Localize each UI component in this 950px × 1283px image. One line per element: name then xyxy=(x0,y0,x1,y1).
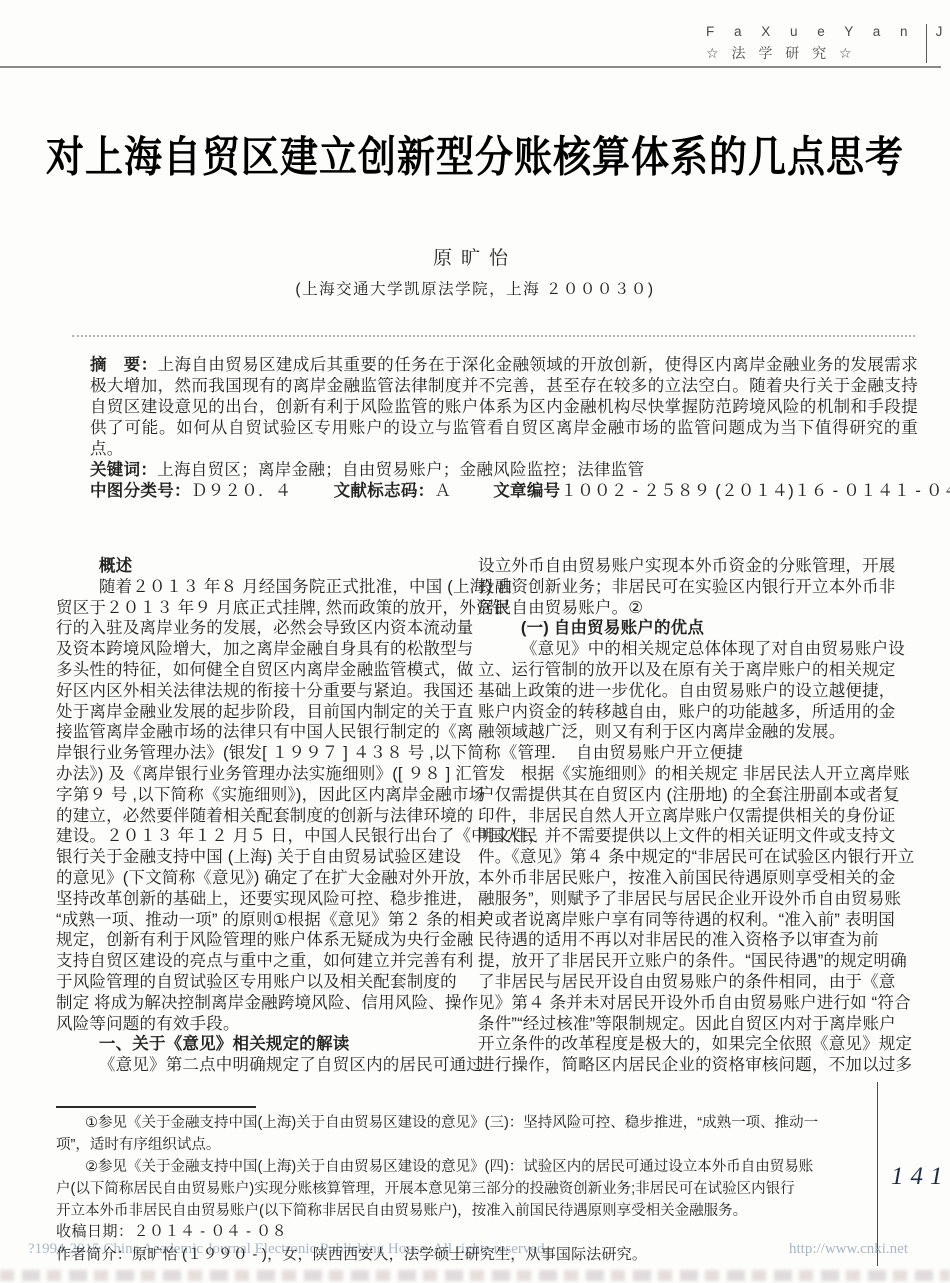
text-line: 多头性的特征，如何健全自贸区内离岸金融监管模式，做 xyxy=(56,660,478,681)
clc-value: Ｄ９２０．４ xyxy=(191,482,292,500)
journal-pinyin-left: F a X u e Y a n xyxy=(706,24,916,39)
text-line: 投融资创新业务；非居民可在实验区内银行开立本外币非 xyxy=(478,577,922,598)
text-line: 《意见》中的相关规定总体体现了对自由贸易账户设 xyxy=(478,639,922,660)
author-bio: 作者简介：原旷怡 (１９９０ - )，女，陕西西安人，法学硕士研究生，从事国际法… xyxy=(56,1243,647,1264)
text-line: 支持自贸区建设的亮点与重中之重，如何建立并完善有利 xyxy=(56,951,478,972)
text-line: 岸银行业务管理办法》(银发[ １９９７ ] ４３８ 号 ,以下简称《管理． 自由… xyxy=(56,743,478,764)
page-number-rule xyxy=(877,1082,878,1266)
received-date: 收稿日期：２０１４ - ０４ - ０８ xyxy=(56,1220,287,1241)
journal-page: F a X u e Y a n ☆ 法 学 研 究 ☆ J i u 对上海自贸区… xyxy=(0,0,950,1283)
text-line: 条件”“经过核准”等限制规定。因此自贸区内对于离岸账户 xyxy=(478,1014,922,1035)
keywords-value: 上海自贸区；离岸金融；自由贸易账户；金融风险监控；法律监管 xyxy=(157,461,644,479)
journal-name-cn: ☆ 法 学 研 究 ☆ xyxy=(706,43,916,63)
clc-label: 中图分类号： xyxy=(90,482,191,500)
text-line: 设立外币自由贸易账户实现本外币资金的分账管理，开展 xyxy=(478,556,922,577)
text-line: 进行操作，简略区内居民企业的资格审核问题，不加以过多 xyxy=(478,1055,922,1076)
abstract-label: 摘 要： xyxy=(90,356,158,374)
doc-code-label: 文献标志码： xyxy=(334,482,435,500)
doc-code-value: Ａ xyxy=(434,482,451,500)
text-line: 账户内资金的转移越自由，账户的功能越多，所适用的金 xyxy=(478,702,922,723)
text-line: 见》第４ 条并未对居民开设外币自由贸易账户进行如 “符合 xyxy=(478,993,922,1014)
journal-header: F a X u e Y a n ☆ 法 学 研 究 ☆ J i u xyxy=(706,24,950,63)
header-rule xyxy=(0,66,941,68)
abstract-body: 上海自由贸易区建成后其重要的任务在于深化金融领域的开放创新，使得区内离岸金融业务… xyxy=(90,356,918,458)
text-line: 风险等问题的有效手段。 xyxy=(56,1014,478,1035)
text-line: 及资本跨境风险增大，加之离岸金融自身具有的松散型与 xyxy=(56,639,478,660)
footnotes-block: ①参见《关于金融支持中国(上海)关于自由贸易区建设的意见》(三)：坚持风险可控、… xyxy=(56,1112,876,1222)
footnote-rule xyxy=(56,1106,256,1108)
text-line: 建设。２０１３ 年１２ 月５ 日，中国人民银行出台了《中国人民 xyxy=(56,826,478,847)
scan-smudge xyxy=(0,1270,950,1281)
text-line: 民待遇的适用不再以对非居民的准入资格予以审查为前 xyxy=(478,930,922,951)
text-line: ①参见《关于金融支持中国(上海)关于自由贸易区建设的意见》(三)：坚持风险可控、… xyxy=(56,1112,876,1134)
text-line: 印件，非居民自然人开立离岸账户仅需提供相关的身份证 xyxy=(478,806,922,827)
text-line: 随着２０１３ 年８ 月经国务院正式批准，中国 (上海) 自 xyxy=(56,577,478,598)
body-column-left: 概述随着２０１３ 年８ 月经国务院正式批准，中国 (上海) 自贸区于２０１３ 年… xyxy=(56,556,478,1076)
keywords-line: 关键词：上海自贸区；离岸金融；自由贸易账户；金融风险监控；法律监管 xyxy=(90,460,918,481)
abstract-dotted-rule xyxy=(72,335,915,337)
text-line: “成熟一项、推动一项” 的原则①根据《意见》第２ 条的相关 xyxy=(56,910,478,931)
cnki-url: http://www.cnki.net xyxy=(789,1241,908,1258)
text-line: 开立条件的改革程度是极大的，如果完全依照《意见》规定 xyxy=(478,1034,922,1055)
text-line: 根据《实施细则》的相关规定 非居民法人开立离岸账 xyxy=(478,764,922,785)
text-line: 银行关于金融支持中国 (上海) 关于自由贸易试验区建设 xyxy=(56,847,478,868)
text-line: 项”，适时有序组织试点。 xyxy=(56,1134,876,1156)
text-line: 开立本外币非居民自由贸易账户(以下简称非居民自由贸易账户)，按准入前国民待遇原则… xyxy=(56,1200,876,1222)
text-line: 本外币非居民账户，按准入前国民待遇原则享受相关的金 xyxy=(478,868,922,889)
author-name: 原旷怡 xyxy=(0,243,950,270)
abstract-block: 摘 要：上海自由贸易区建成后其重要的任务在于深化金融领域的开放创新，使得区内离岸… xyxy=(90,355,918,502)
text-line: 了非居民与居民开设自由贸易账户的条件相同，由于《意 xyxy=(478,972,922,993)
text-line: 户或者说离岸账户享有同等待遇的权利。“准入前” 表明国 xyxy=(478,910,922,931)
page-number: 141 xyxy=(891,1163,950,1191)
text-line: 贸区于２０１３ 年９ 月底正式挂牌, 然而政策的放开，外资银 xyxy=(56,598,478,619)
page-title: 对上海自贸区建立创新型分账核算体系的几点思考 xyxy=(25,122,925,184)
author-affiliation: (上海交通大学凯原法学院，上海 ２０００３０) xyxy=(0,277,950,299)
text-line: 接监管离岸金融市场的法律只有中国人民银行制定的《离 xyxy=(56,722,478,743)
text-line: 件。《意见》第４ 条中规定的“非居民可在试验区内银行开立 xyxy=(478,847,922,868)
text-line: 的建立，必然要伴随着相关配套制度的创新与法律环境的 xyxy=(56,806,478,827)
text-line: 字第９ 号 ,以下简称《实施细则》)，因此区内离岸金融市场 xyxy=(56,785,478,806)
text-line: 户(以下简称居民自由贸易账户)实现分账核算管理，开展本意见第三部分的投融资创新业… xyxy=(56,1178,876,1200)
text-line: 规定，创新有利于风险管理的账户体系无疑成为央行金融 xyxy=(56,930,478,951)
classification-line: 中图分类号：Ｄ９２０．４文献标志码：Ａ文章编号１００２ - ２５８９ (２０１４… xyxy=(90,481,918,502)
text-line: 行的入驻及离岸业务的发展，必然会导致区内资本流动量 xyxy=(56,618,478,639)
text-line: 处于离岸金融业发展的起步阶段，目前国内制定的关于直 xyxy=(56,702,478,723)
text-line: 明文件，并不需要提供以上文件的相关证明文件或支持文 xyxy=(478,826,922,847)
text-line: 办法》) 及《离岸银行业务管理办法实施细则》([ ９８ ] 汇管发 xyxy=(56,764,478,785)
journal-pinyin-right: J i u xyxy=(927,24,950,63)
journal-header-left: F a X u e Y a n ☆ 法 学 研 究 ☆ xyxy=(706,24,926,63)
text-line: 于风险管理的自贸试验区专用账户以及相关配套制度的 xyxy=(56,972,478,993)
body-column-right: 设立外币自由贸易账户实现本外币资金的分账管理，开展投融资创新业务；非居民可在实验… xyxy=(478,556,922,1076)
text-line: ②参见《关于金融支持中国(上海)关于自由贸易区建设的意见》(四)：试验区内的居民… xyxy=(56,1156,876,1178)
article-no-label: 文章编号 xyxy=(493,482,560,500)
article-no-value: １００２ - ２５８９ (２０１４)１６ - ０１４１ - ０４ xyxy=(560,482,950,500)
abstract-text: 摘 要：上海自由贸易区建成后其重要的任务在于深化金融领域的开放创新，使得区内离岸… xyxy=(90,355,918,460)
text-line: 好区内区外相关法律法规的衔接十分重要与紧迫。我国还 xyxy=(56,681,478,702)
text-line: (一) 自由贸易账户的优点 xyxy=(478,618,922,639)
text-line: 户仅需提供其在自贸区内 (注册地) 的全套注册副本或者复 xyxy=(478,785,922,806)
text-line: 的意见》(下文简称《意见》) 确定了在扩大金融对外开放， xyxy=(56,868,478,889)
text-line: 制定 将成为解决控制离岸金融跨境风险、信用风险、操作 xyxy=(56,993,478,1014)
text-line: 坚持改革创新的基础上，还要实现风险可控、稳步推进， xyxy=(56,889,478,910)
keywords-label: 关键词： xyxy=(90,461,157,479)
text-line: 融服务”，则赋予了非居民与居民企业开设外币自由贸易账 xyxy=(478,889,922,910)
text-line: 概述 xyxy=(56,556,478,577)
text-line: 基础上政策的进一步优化。自由贸易账户的设立越便捷， xyxy=(478,681,922,702)
text-line: 居民自由贸易账户。② xyxy=(478,598,922,619)
text-line: 立、运行管制的放开以及在原有关于离岸账户的相关规定 xyxy=(478,660,922,681)
text-line: 一、关于《意见》相关规定的解读 xyxy=(56,1034,478,1055)
text-line: 提，放开了非居民开立账户的条件。“国民待遇”的规定明确 xyxy=(478,951,922,972)
text-line: 融领域越广泛，则又有利于区内离岸金融的发展。 xyxy=(478,722,922,743)
text-line: 《意见》第二点中明确规定了自贸区内的居民可通过 xyxy=(56,1055,478,1076)
text-line xyxy=(478,743,922,764)
